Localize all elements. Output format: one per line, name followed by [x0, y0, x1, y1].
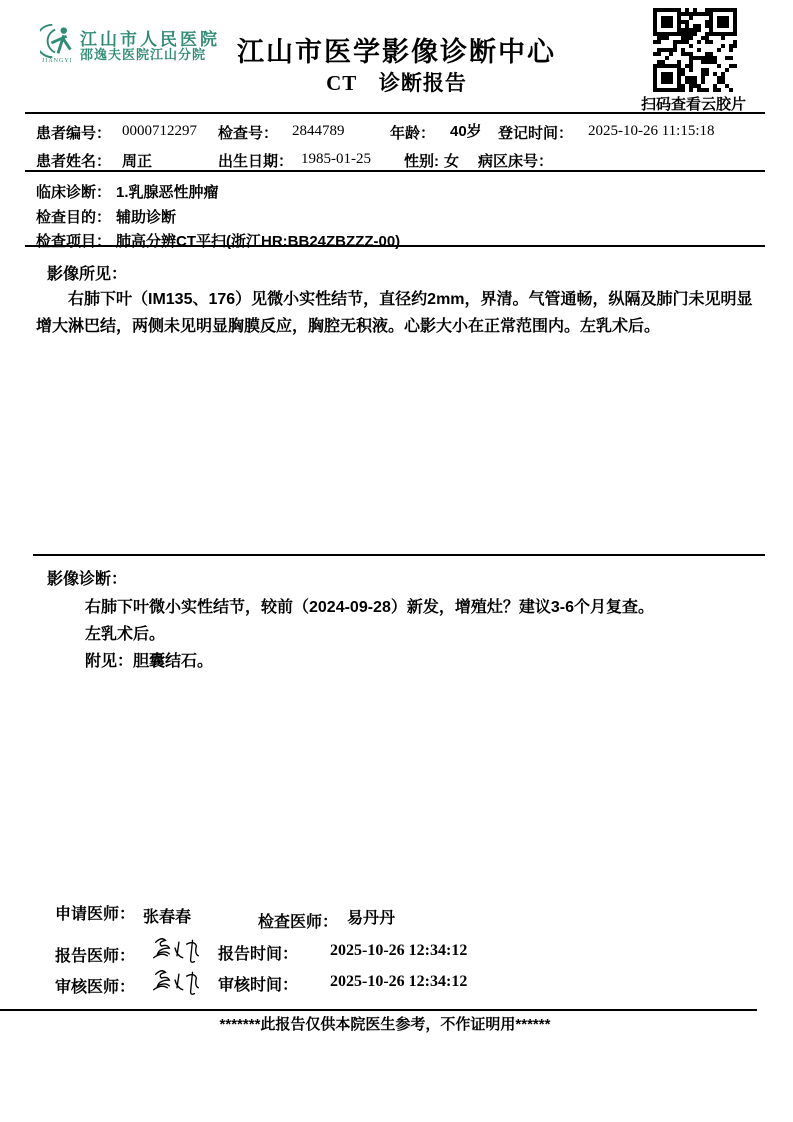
exam-no-label: 检查号：	[218, 122, 278, 143]
clinical-diagnosis-label: 临床诊断：	[36, 181, 111, 202]
report-time-value: 2025-10-26 12:34:12	[330, 942, 467, 960]
exam-no-value: 2844789	[292, 123, 345, 140]
clinical-divider	[25, 245, 765, 247]
findings-divider	[33, 554, 765, 556]
age-value: 40岁	[450, 120, 482, 141]
request-doctor-name: 张春春	[143, 904, 191, 927]
exam-purpose-label: 检查目的：	[36, 206, 111, 227]
dob-label: 出生日期：	[218, 150, 293, 171]
reg-time-label: 登记时间：	[498, 122, 573, 143]
patient-name-label: 患者姓名：	[36, 150, 111, 171]
findings-section-label: 影像所见：	[47, 261, 127, 284]
ct-report-page: 江山市人民医院 邵逸夫医院江山分院 JIANGYI 江山市医学影像诊断中心 CT…	[0, 0, 793, 1122]
review-time-value: 2025-10-26 12:34:12	[330, 973, 467, 991]
header-divider	[25, 112, 765, 114]
impression-line-1: 右肺下叶微小实性结节，较前（2024-09-28）新发，增殖灶？建议3-6个月复…	[85, 594, 654, 617]
qr-code	[653, 8, 737, 92]
ward-bed-label: 病区床号：	[478, 150, 553, 171]
patient-divider	[25, 170, 765, 172]
request-doctor-label: 申请医师：	[55, 901, 135, 924]
footer-divider	[0, 1009, 757, 1011]
impression-section-label: 影像诊断：	[47, 566, 127, 589]
qr-caption: 扫码查看云胶片	[641, 93, 746, 114]
review-time-label: 审核时间：	[218, 972, 298, 995]
dob-value: 1985-01-25	[301, 151, 371, 168]
clinical-diagnosis-value: 1.乳腺恶性肿瘤	[116, 181, 219, 202]
patient-name-value: 周正	[122, 150, 152, 171]
reg-time-value: 2025-10-26 11:15:18	[588, 123, 715, 140]
report-time-label: 报告时间：	[218, 941, 298, 964]
patient-id-value: 0000712297	[122, 123, 197, 140]
exam-purpose-value: 辅助诊断	[116, 206, 176, 227]
sex-value: 女	[444, 150, 459, 171]
patient-id-label: 患者编号：	[36, 122, 111, 143]
exam-doctor-name: 易丹丹	[347, 905, 395, 928]
footer-disclaimer: *******此报告仅供本院医生参考，不作证明用******	[0, 1013, 770, 1034]
exam-item-value: 肺高分辨CT平扫(浙江HR:BB24ZBZZZ-00)	[116, 230, 400, 251]
sex-label: 性别:	[404, 150, 439, 171]
exam-doctor-label: 检查医师：	[258, 909, 338, 932]
review-doctor-label: 审核医师：	[55, 974, 135, 997]
exam-item-label: 检查项目：	[36, 230, 111, 251]
report-doctor-label: 报告医师：	[55, 943, 135, 966]
review-doctor-signature-image	[146, 966, 208, 996]
report-doctor-signature-image	[146, 934, 208, 964]
impression-line-3: 附见：胆囊结石。	[85, 648, 213, 671]
findings-paragraph: 右肺下叶（IM135、176）见微小实性结节，直径约2mm，界清。气管通畅，纵隔…	[36, 286, 760, 340]
impression-line-2: 左乳术后。	[85, 621, 165, 644]
age-label: 年龄：	[390, 122, 435, 143]
